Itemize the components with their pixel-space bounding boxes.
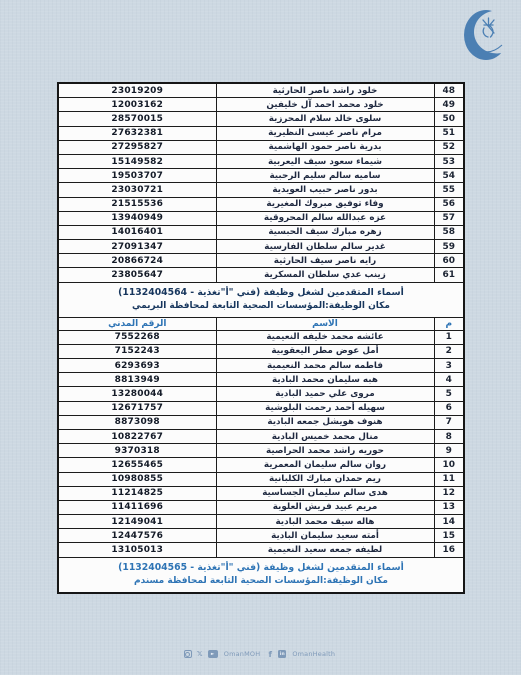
table-row: 9حوريه راشد محمد الحراصية9370318: [58, 444, 464, 458]
candidate-name: ريم حمدان مبارك الكلبانية: [216, 472, 434, 486]
row-number: 58: [434, 225, 464, 239]
row-number: 51: [434, 126, 464, 140]
section-title: أسماء المتقدمين لشغل وظيفة (فني "أ"تغذية…: [59, 561, 463, 574]
row-number: 60: [434, 254, 464, 268]
candidate-name: روان سالم سليمان المعمرية: [216, 458, 434, 472]
table-row: 48خلود راشد ناصر الحارثية23019209: [58, 83, 464, 98]
table-row: 14هاله سيف محمد البادية12149041: [58, 515, 464, 529]
social-handle-omanhealth: OmanHealth: [292, 650, 335, 658]
table-row: 1عائشه محمد خليفه النعيمية7552268: [58, 330, 464, 344]
row-number: 15: [434, 529, 464, 543]
row-number: 14: [434, 515, 464, 529]
civil-id-number: 7552268: [58, 330, 216, 344]
candidate-name: سلوى خالد سلام المحرزية: [216, 112, 434, 126]
section-location: مكان الوظيفة:المؤسسات الصحية التابعة لمح…: [59, 300, 463, 313]
row-number: 12: [434, 486, 464, 500]
column-header-num: م: [434, 317, 464, 330]
row-number: 8: [434, 429, 464, 443]
civil-id-number: 6293693: [58, 359, 216, 373]
table-row: 16لطيفه جمعه سعيد النعيمية13105013: [58, 543, 464, 557]
row-number: 6: [434, 401, 464, 415]
civil-id-number: 27632381: [58, 126, 216, 140]
table-row: 15أمته سعيد سليمان البادية12447576: [58, 529, 464, 543]
section-header-musandam: أسماء المتقدمين لشغل وظيفة (فني "أ"تغذية…: [58, 557, 464, 593]
civil-id-number: 20866724: [58, 254, 216, 268]
civil-id-number: 8873098: [58, 415, 216, 429]
row-number: 52: [434, 140, 464, 154]
instagram-icon: [184, 650, 192, 658]
civil-id-number: 23805647: [58, 268, 216, 282]
civil-id-number: 9370318: [58, 444, 216, 458]
row-number: 1: [434, 330, 464, 344]
candidate-name: عزه عبدالله سالم المحروقية: [216, 211, 434, 225]
civil-id-number: 12003162: [58, 98, 216, 112]
column-header-row: م الاسم الرقم المدني: [58, 317, 464, 330]
civil-id-number: 13940949: [58, 211, 216, 225]
row-number: 5: [434, 387, 464, 401]
candidate-name: بدرية ناصر حمود الهاشمية: [216, 140, 434, 154]
civil-id-number: 14016401: [58, 225, 216, 239]
civil-id-number: 12655465: [58, 458, 216, 472]
row-number: 4: [434, 373, 464, 387]
candidate-name: ساميه سالم سليم الرحبية: [216, 169, 434, 183]
candidate-name: عائشه محمد خليفه النعيمية: [216, 330, 434, 344]
table-row: 51مرام ناصر عيسى النظيرية27632381: [58, 126, 464, 140]
civil-id-number: 13105013: [58, 543, 216, 557]
civil-id-number: 10822767: [58, 429, 216, 443]
candidate-name: رايه ناصر سيف الحارثية: [216, 254, 434, 268]
row-number: 2: [434, 344, 464, 358]
candidates-table: 48خلود راشد ناصر الحارثية2301920949خلود …: [57, 82, 465, 594]
row-number: 61: [434, 268, 464, 282]
x-twitter-icon: 𝕏: [196, 650, 204, 658]
candidate-name: هبه سليمان محمد البادية: [216, 373, 434, 387]
candidate-name: فاطمه سالم محمد النعيمية: [216, 359, 434, 373]
civil-id-number: 27091347: [58, 240, 216, 254]
civil-id-number: 21515536: [58, 197, 216, 211]
row-number: 54: [434, 169, 464, 183]
table-row: 58زهره مبارك سيف الحبسية14016401: [58, 225, 464, 239]
section-title: أسماء المتقدمين لشغل وظيفة (فني "أ"تغذية…: [59, 286, 463, 299]
civil-id-number: 15149582: [58, 154, 216, 168]
table-row: 7هنوف هويشل جمعه البادية8873098: [58, 415, 464, 429]
civil-id-number: 12447576: [58, 529, 216, 543]
table-row: 5مروى علي حميد البادية13280044: [58, 387, 464, 401]
candidate-name: مريم عبيد فريش العلوية: [216, 500, 434, 514]
row-number: 55: [434, 183, 464, 197]
table-row: 61زينب عدي سلطان المسكرية23805647: [58, 268, 464, 282]
table-row: 60رايه ناصر سيف الحارثية20866724: [58, 254, 464, 268]
table-row: 55بدور ناصر حبيب العويدية23030721: [58, 183, 464, 197]
row-number: 11: [434, 472, 464, 486]
civil-id-number: 28570015: [58, 112, 216, 126]
candidate-name: شيماء سعود سيف اليعربية: [216, 154, 434, 168]
civil-id-number: 27295827: [58, 140, 216, 154]
row-number: 16: [434, 543, 464, 557]
table-row: 6سهيله أحمد رحمت البلوشية12671757: [58, 401, 464, 415]
social-handle-omanmoh: OmanMOH: [224, 650, 261, 658]
civil-id-number: 12149041: [58, 515, 216, 529]
civil-id-number: 23019209: [58, 83, 216, 98]
civil-id-number: 12671757: [58, 401, 216, 415]
candidate-name: مروى علي حميد البادية: [216, 387, 434, 401]
table-row: 12هدى سالم سليمان الجساسية11214825: [58, 486, 464, 500]
row-number: 10: [434, 458, 464, 472]
row-number: 50: [434, 112, 464, 126]
civil-id-number: 11214825: [58, 486, 216, 500]
row-number: 59: [434, 240, 464, 254]
civil-id-number: 13280044: [58, 387, 216, 401]
table-row: 2أمل عوض مطر اليعقوبية7152243: [58, 344, 464, 358]
candidate-name: هدى سالم سليمان الجساسية: [216, 486, 434, 500]
row-number: 3: [434, 359, 464, 373]
crescent-emblem-icon: [464, 8, 512, 62]
row-number: 56: [434, 197, 464, 211]
candidate-name: زينب عدي سلطان المسكرية: [216, 268, 434, 282]
candidate-name: هاله سيف محمد البادية: [216, 515, 434, 529]
table-row: 54ساميه سالم سليم الرحبية19503707: [58, 169, 464, 183]
moh-oman-logo: [464, 8, 512, 62]
row-number: 9: [434, 444, 464, 458]
candidate-name: أمل عوض مطر اليعقوبية: [216, 344, 434, 358]
candidate-name: زهره مبارك سيف الحبسية: [216, 225, 434, 239]
table-row: 13مريم عبيد فريش العلوية11411696: [58, 500, 464, 514]
candidate-name: خلود راشد ناصر الحارثية: [216, 83, 434, 98]
civil-id-number: 23030721: [58, 183, 216, 197]
section-header-buraimi: أسماء المتقدمين لشغل وظيفة (فني "أ"تغذية…: [58, 282, 464, 317]
candidate-name: أمته سعيد سليمان البادية: [216, 529, 434, 543]
table-row: 56وفاء توفيق مبروك المغيرية21515536: [58, 197, 464, 211]
table-row: 49خلود محمد احمد آل خليفين12003162: [58, 98, 464, 112]
row-number: 48: [434, 83, 464, 98]
candidate-name: سهيله أحمد رحمت البلوشية: [216, 401, 434, 415]
table-row: 50سلوى خالد سلام المحرزية28570015: [58, 112, 464, 126]
youtube-icon: ►: [208, 650, 218, 658]
candidate-name: غدير سالم سلطان الفارسية: [216, 240, 434, 254]
civil-id-number: 7152243: [58, 344, 216, 358]
table-row: 57عزه عبدالله سالم المحروقية13940949: [58, 211, 464, 225]
table-row: 10روان سالم سليمان المعمرية12655465: [58, 458, 464, 472]
section-location: مكان الوظيفة:المؤسسات الصحية التابعة لمح…: [59, 575, 463, 588]
row-number: 49: [434, 98, 464, 112]
column-header-civil-id: الرقم المدني: [58, 317, 216, 330]
candidate-name: خلود محمد احمد آل خليفين: [216, 98, 434, 112]
row-number: 13: [434, 500, 464, 514]
table-row: 11ريم حمدان مبارك الكلبانية10980855: [58, 472, 464, 486]
social-footer: 𝕏 ► OmanMOH f in OmanHealth: [0, 650, 521, 658]
civil-id-number: 8813949: [58, 373, 216, 387]
row-number: 53: [434, 154, 464, 168]
table-section-rows-48-61: 48خلود راشد ناصر الحارثية2301920949خلود …: [58, 83, 464, 282]
candidate-name: هنوف هويشل جمعه البادية: [216, 415, 434, 429]
table-section-rows-1-16: 1عائشه محمد خليفه النعيمية75522682أمل عو…: [58, 330, 464, 557]
table-row: 4هبه سليمان محمد البادية8813949: [58, 373, 464, 387]
table-row: 59غدير سالم سلطان الفارسية27091347: [58, 240, 464, 254]
linkedin-icon: in: [278, 650, 286, 658]
civil-id-number: 11411696: [58, 500, 216, 514]
table-row: 3فاطمه سالم محمد النعيمية6293693: [58, 359, 464, 373]
row-number: 57: [434, 211, 464, 225]
document-page: 48خلود راشد ناصر الحارثية2301920949خلود …: [0, 0, 521, 675]
table-row: 52بدرية ناصر حمود الهاشمية27295827: [58, 140, 464, 154]
candidate-name: لطيفه جمعه سعيد النعيمية: [216, 543, 434, 557]
candidate-name: وفاء توفيق مبروك المغيرية: [216, 197, 434, 211]
row-number: 7: [434, 415, 464, 429]
candidate-name: حوريه راشد محمد الحراصية: [216, 444, 434, 458]
candidate-name: مرام ناصر عيسى النظيرية: [216, 126, 434, 140]
candidate-name: منال محمد خميس البادية: [216, 429, 434, 443]
facebook-icon: f: [266, 650, 274, 658]
table-row: 53شيماء سعود سيف اليعربية15149582: [58, 154, 464, 168]
column-header-name: الاسم: [216, 317, 434, 330]
table-row: 8منال محمد خميس البادية10822767: [58, 429, 464, 443]
civil-id-number: 10980855: [58, 472, 216, 486]
civil-id-number: 19503707: [58, 169, 216, 183]
candidate-name: بدور ناصر حبيب العويدية: [216, 183, 434, 197]
